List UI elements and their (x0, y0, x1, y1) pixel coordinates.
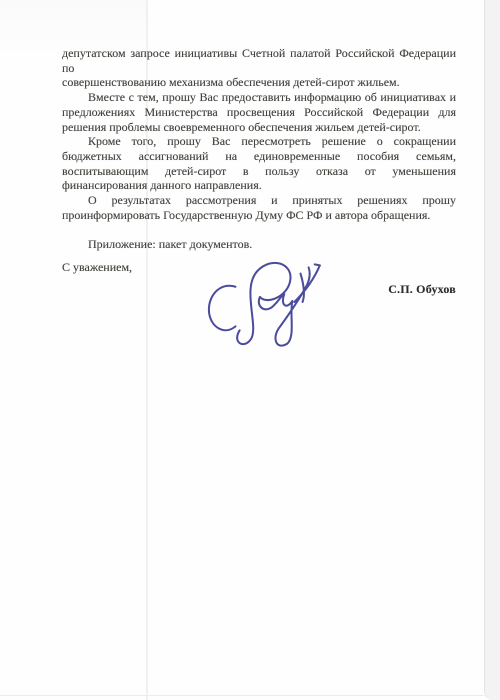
letter-body-paragraphs: депутатском запросе инициативы Счетной п… (62, 46, 456, 222)
paragraph: Вместе с тем, прошу Вас предоставить инф… (62, 90, 456, 134)
letter-line: Кроме того, прошу Вас пересмотреть решен… (62, 134, 456, 149)
scan-page-right-edge (484, 0, 500, 700)
paragraph: О результатах рассмотрения и принятых ре… (62, 193, 456, 222)
signature-ink-icon (201, 256, 333, 350)
letter-line: совершенствованию механизма обеспечения … (62, 75, 456, 90)
letter-line: предложениях Министерства просвещения Ро… (62, 105, 456, 120)
paragraph: депутатском запросе инициативы Счетной п… (62, 46, 456, 90)
letter-line: О результатах рассмотрения и принятых ре… (62, 193, 456, 208)
paragraph: Кроме того, прошу Вас пересмотреть решен… (62, 134, 456, 193)
letter-line: решения проблемы своевременного обеспече… (62, 120, 456, 135)
letter-line: проинформировать Государственную Думу ФС… (62, 208, 456, 223)
letter-line: бюджетных ассигнований на единовременные… (62, 149, 456, 164)
scan-page-bottom-edge (0, 695, 484, 696)
letter-line: финансирования данного направления. (62, 178, 456, 193)
letter-line: воспитывающим детей-сирот в пользу отказ… (62, 164, 456, 179)
letter-line: депутатском запросе инициативы Счетной п… (62, 46, 456, 75)
handwritten-signature (201, 256, 333, 350)
attachment-note: Приложение: пакет документов. (62, 237, 456, 252)
scanned-letter-page: депутатском запросе инициативы Счетной п… (0, 0, 500, 700)
letter-line: Вместе с тем, прошу Вас предоставить инф… (62, 90, 456, 105)
